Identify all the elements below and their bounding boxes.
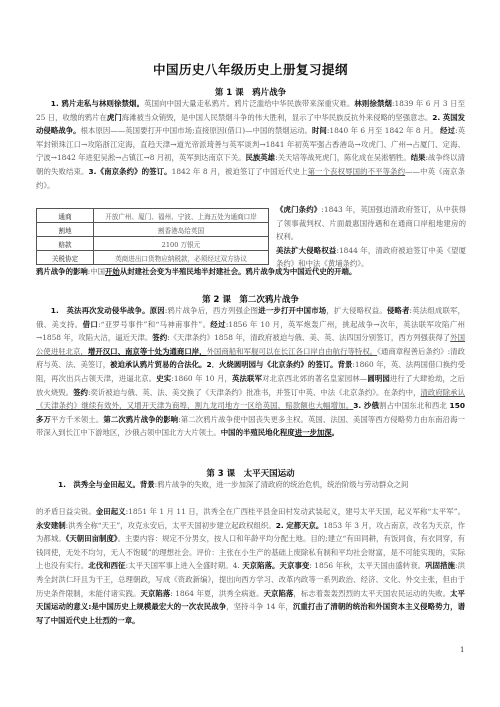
bold-text: 第二次鸦片战争的影响 [103,415,178,424]
text: : 1864 年夏，洪秀全病逝。 [170,589,263,598]
bold-text: 2. 定都天京。 [276,521,324,530]
text: ，扩大侵略权益。 [326,306,387,315]
bold-text: 天京陷落。天京事变 [242,561,309,570]
text: :中国 [88,267,105,276]
bold-text: 民族英雄 [246,153,276,162]
bold-text: 北伐和西征 [88,561,125,570]
treaty-term-content: 英商进出口货物应纳税款，必须经过双方协议 [94,251,269,265]
text: :1840 年 6 月至 1842 年 8 月。 [327,126,440,135]
treaty-term: 通商 [37,209,94,223]
text: 对北京西北郊的著名皇家园林— [262,374,367,383]
text: :《天津条约》1858 年，清政府被迫与俄、美、英、法四国分别签订，西方列强获得… [167,333,450,342]
bold-text: 进一步打开中国市场 [258,306,326,315]
text: :奕䜣被迫与俄、英、法、美交换了《天津条约》批准书，并签订中英、中法《北京条约》… [88,388,421,397]
text: 根本原因——英国要打开中国市场;直接原因(借口)—中国的禁烟运动。 [81,126,312,135]
text: 1842 年 8 月，被迫签订了中国近代史上 [172,167,308,176]
text: : 1856 年秋，太平天国由盛转衰。 [309,561,425,570]
bold-text: 《天朝田亩制度》 [66,534,118,543]
treaty-term: 赔款 [37,237,94,251]
text: :洪秀全称“天王”，攻克永安后，太平天国初步建立起政权组织。 [66,521,276,530]
text: :鸦片战争的失败，进一步加深了清政府的统治危机，统治阶级与劳动群众之间 [155,480,409,489]
bold-text: 经过 [440,126,455,135]
bold-text: 背景 [338,360,353,369]
bold-text: 增开汉口、南京等十处为通商口岸， [88,347,207,356]
text: ，坚持斗争 14 年， [226,602,293,611]
text: 第一个丧权辱国的不平等条约 [308,167,406,176]
bold-text: 开始 [105,267,120,276]
bold-text: 《虎门条约》 [276,205,321,214]
treaty-term: 割地 [37,223,94,237]
bold-text: 1. 英法再次发动侵华战争。 [51,306,150,315]
document-title: 中国历史八年级历史上册复习提纲 [36,60,465,78]
bold-text: 进一步加深 [295,428,332,437]
bold-text: 英法联军 [232,374,262,383]
text: :“亚罗号事件”和“马神甫事件”。 [98,320,210,329]
bold-text: 美法扩大侵略权益 [276,246,336,255]
text: 海滩被当众销毁，是中国人民禁烟斗争的伟大胜利，显示了中华民族反抗外来侵略的坚强意… [122,113,433,122]
text: :1860 年 10 月， [171,374,232,383]
bold-text: 3.《南京条约》的签订。 [89,167,172,176]
bold-text: 巩固措施 [425,561,455,570]
bold-text: 天京陷落 [264,589,294,598]
bold-text: 林则徐禁烟 [354,99,392,108]
treaty-table-row: 赔款2100 万银元 [37,237,269,251]
text: :鸦片战争后，西方列强企图 [165,306,258,315]
text: 外国商船和军舰可以在长江各口岸自由航行等特权。 [207,347,378,356]
text: :关天培等战死虎门，陈化成在吴淞牺牲。 [275,153,411,162]
bold-text: 中国的半殖民地化程度 [221,428,295,437]
text: :太平天国军事上进入全盛时期。4. [126,561,243,570]
bold-text: 经过 [210,320,226,329]
treaty-table-row: 通商开放广州、厦门、福州、宁波、上海五处为通商口岸 [37,209,269,223]
lesson-3-paragraph-start: 1. 洪秀全与金田起义。背景:鸦片战争的失败，进一步加深了清政府的统治危机，统治… [36,478,465,492]
bold-text: 侵略者 [387,306,410,315]
treaty-table-body: 通商开放广州、厦门、福州、宁波、上海五处为通商口岸割地割香港岛给英国赔款2100… [37,209,269,265]
bold-text: 被迫承认鸦片贸易的合法化。2．火烧圆明园与《北京条约》的签订。 [110,360,337,369]
bold-text: 天京陷落 [140,589,170,598]
bold-text: 原因 [150,306,165,315]
bold-text: 金田起义 [96,507,126,516]
treaty-term-content: 2100 万银元 [94,237,269,251]
bold-text: 1. 鸦片走私与林则徐禁烟。 [51,99,144,108]
treaty-side-notes: 《虎门条约》:1843 年，英国强迫清政府签订，从中获得了领事裁判权、片面最惠国… [276,203,466,271]
bold-text: 虎门 [107,113,122,122]
text: 割占中国东北和西北 [379,401,450,410]
lesson-1-paragraph: 1. 鸦片走私与林则徐禁烟。英国向中国大量走私鸦片。鸦片泛滥给中华民族带来深重灾… [36,97,465,192]
text: 的矛盾日益尖锐。 [36,507,96,516]
bold-text: 时间 [312,126,327,135]
bold-text: 结果 [411,153,426,162]
text: 英国向中国大量走私鸦片。鸦片泛滥给中华民族带来深重灾难。 [144,99,354,108]
lesson-2-paragraph: 1. 英法再次发动侵华战争。原因:鸦片战争后，西方列强企图进一步打开中国市场，扩… [36,304,465,440]
bold-text: 。 [332,428,339,437]
page-number: 1 [460,646,464,654]
bold-text: 签约 [73,388,88,397]
bold-text: 1. 洪秀全与金田起义。 [58,480,140,489]
text: :1851 年 1 月 11 日，洪秀全在广西桂平县金田村发动武装起义，建号太平… [126,507,465,516]
bold-text: 圆明园 [367,374,390,383]
bold-text: 永安建制 [36,521,66,530]
opium-war-impact: 鸦片战争的影响:中国开始从封建社会变为半殖民地半封建社会。鸦片战争成为中国近代史… [36,265,465,279]
bold-text: 借口 [83,320,99,329]
text: ，标志着轰轰烈烈的太平天国农民运动的失败。 [293,589,450,598]
bold-text: 背景 [140,480,155,489]
nanjing-treaty-table: 通商开放广州、厦门、福州、宁波、上海五处为通商口岸割地割香港岛给英国赔款2100… [36,208,269,265]
bold-text: 从封建社会变为半殖民地半封建社会。鸦片战争成为中国近代史的开端。 [120,267,357,276]
treaty-table-row: 关税协定英商进出口货物应纳税款，必须经过双方协议 [37,251,269,265]
text: 平方千米领土。 [51,415,103,424]
bold-text: 鸦片战争的影响 [36,267,88,276]
bold-text: 签约 [152,333,167,342]
treaty-term: 关税协定 [37,251,94,265]
treaty-term-content: 割香港岛给英国 [94,223,269,237]
bold-text: 史实 [156,374,171,383]
lesson-3-paragraph: 的矛盾日益尖锐。金田起义:1851 年 1 月 11 日，洪秀全在广西桂平县金田… [36,505,465,627]
treaty-table-row: 割地割香港岛给英国 [37,223,269,237]
bold-text: 3. 沙俄 [353,401,379,410]
treaty-term-content: 开放广州、厦门、福州、宁波、上海五处为通商口岸 [94,209,269,223]
